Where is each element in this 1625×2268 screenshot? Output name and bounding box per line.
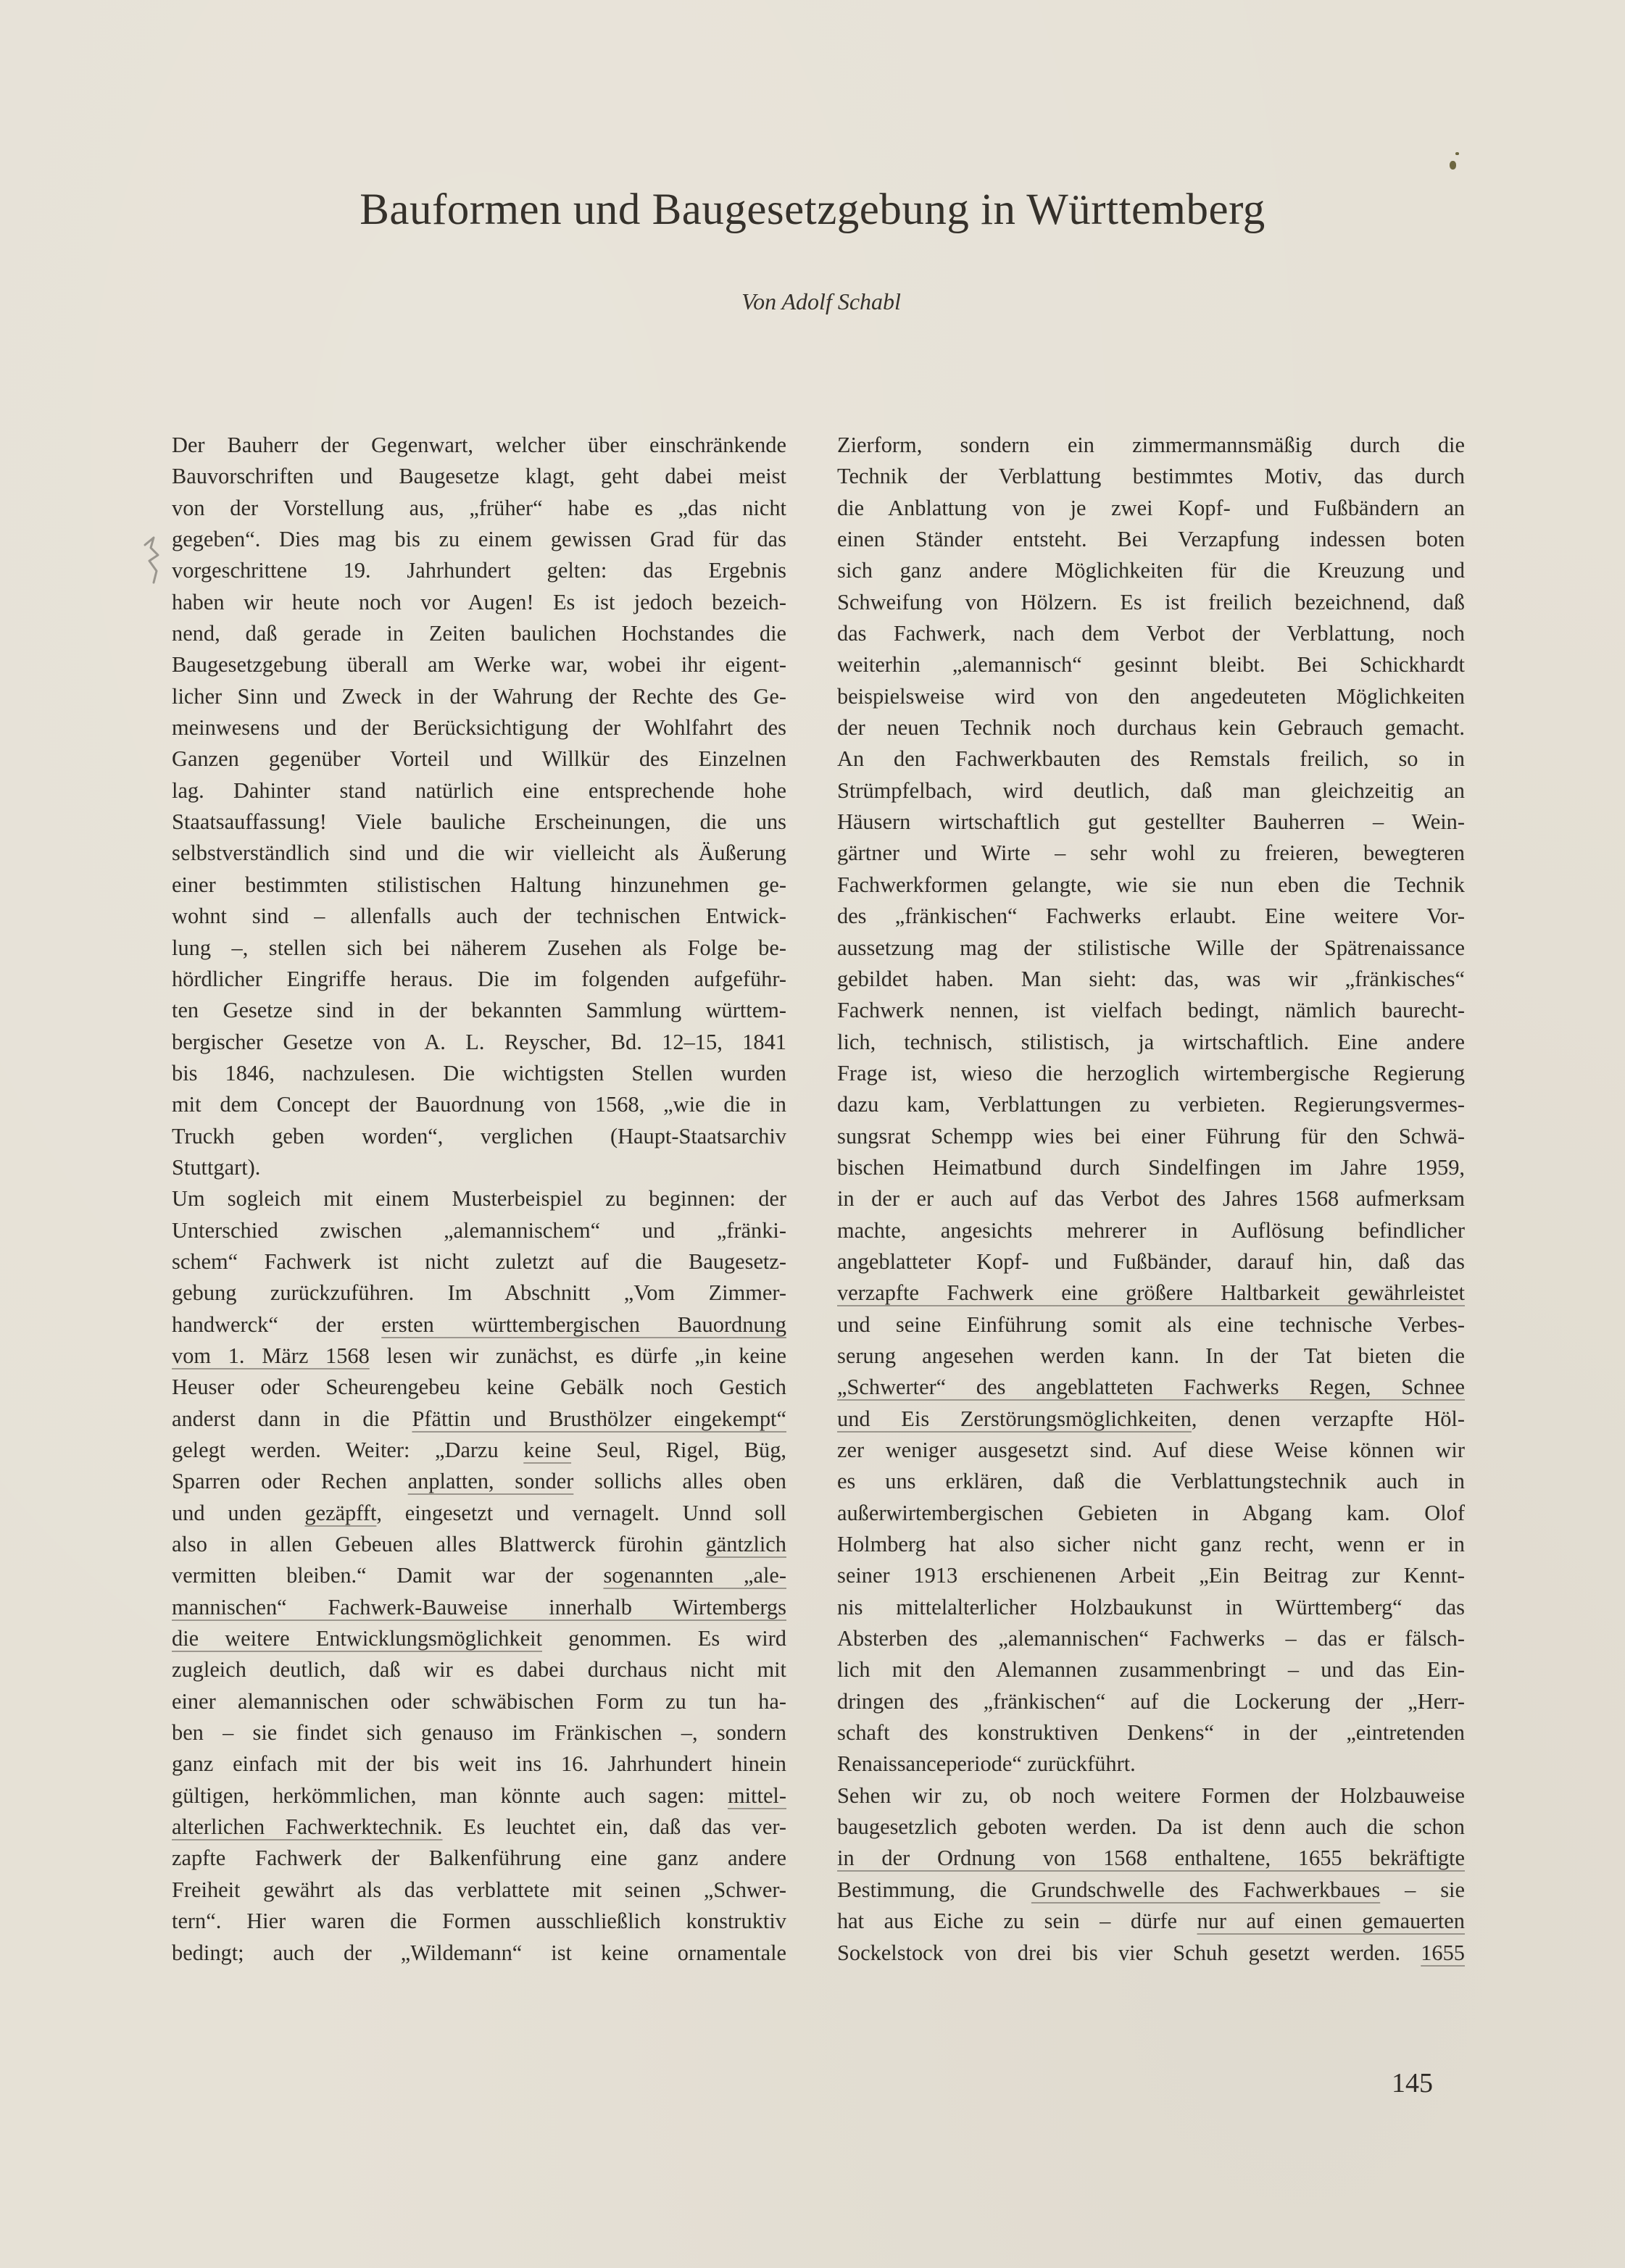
text-line: Staatsauffassung! Viele bauliche Erschei… [172,806,786,838]
page-number: 145 [1392,2067,1433,2099]
text-line: alterlichen Fachwerktechnik. Es leuchtet… [172,1812,786,1843]
text-line: meinwesens und der Berücksichtigung der … [172,712,786,743]
pencil-underline: „Schwerter“ des angeblatteten Fachwerks … [837,1375,1465,1399]
text-column-left: Der Bauherr der Gegenwart, welcher über … [172,430,786,1969]
text-line: machte, angesichts mehrerer in Auflösung… [837,1215,1465,1246]
pencil-underline: Pfättin und Brusthölzer eingekempt“ [412,1406,786,1431]
text-line: und unden gezäpfft, eingesetzt und verna… [172,1498,786,1529]
text-line: Holmberg hat also sicher nicht ganz rech… [837,1529,1465,1560]
text-line: des „fränkischen“ Fachwerks erlaubt. Ein… [837,901,1465,932]
text-line: Bestimmung, die Grundschwelle des Fachwe… [837,1875,1465,1906]
pencil-underline: die weitere Entwicklungsmöglichkeit [172,1626,542,1651]
text-line: ten Gesetze sind in der bekannten Sammlu… [172,995,786,1026]
text-line: bedingt; auch der „Wildemann“ ist keine … [172,1938,786,1969]
pencil-underline: mittel- [728,1783,786,1808]
text-line: der neuen Technik noch durchaus kein Geb… [837,712,1465,743]
text-line: schaft des konstruktiven Denkens“ in der… [837,1717,1465,1748]
text-line: es uns erklären, daß die Verblattungstec… [837,1466,1465,1497]
text-line: aussetzung mag der stilistische Wille de… [837,933,1465,964]
text-line: Fachwerk nennen, ist vielfach bedingt, n… [837,995,1465,1026]
text-line: lich, technisch, stilistisch, ja wirtsch… [837,1027,1465,1058]
text-line: gültigen, herkömmlichen, man könnte auch… [172,1780,786,1812]
text-line: An den Fachwerkbauten des Remstals freil… [837,743,1465,775]
text-line: dringen des „fränkischen“ auf die Locker… [837,1686,1465,1717]
pencil-underline: verzapfte Fachwerk eine größere Haltbark… [837,1280,1465,1305]
text-line: ben – sie findet sich genauso im Fränkis… [172,1717,786,1748]
text-line: zugleich deutlich, daß wir es dabei durc… [172,1654,786,1685]
text-line: Baugesetzgebung überall am Werke war, wo… [172,649,786,680]
text-line: „Schwerter“ des angeblatteten Fachwerks … [837,1372,1465,1403]
text-line: beispielsweise wird von den angedeuteten… [837,681,1465,712]
text-line: Stuttgart). [172,1152,786,1183]
text-line: Sparren oder Rechen anplatten, sonder so… [172,1466,786,1497]
text-line: Strümpfelbach, wird deutlich, daß man gl… [837,775,1465,806]
text-line: Ganzen gegenüber Vorteil und Willkür des… [172,743,786,775]
text-line: hördlicher Eingriffe heraus. Die im folg… [172,964,786,995]
text-line: die weitere Entwicklungsmöglichkeit geno… [172,1623,786,1654]
text-line: hat aus Eiche zu sein – dürfe nur auf ei… [837,1906,1465,1937]
text-line: Heuser oder Scheurengebeu keine Gebälk n… [172,1372,786,1403]
text-line: und seine Einführung somit als eine tech… [837,1309,1465,1341]
text-line: sich ganz andere Möglichkeiten für die K… [837,555,1465,586]
pencil-underline: gäntzlich [706,1532,786,1556]
text-line: selbstverständlich sind und die wir viel… [172,838,786,869]
text-line: seiner 1913 erschienenen Arbeit „Ein Bei… [837,1560,1465,1591]
text-line: vom 1. März 1568 lesen wir zunächst, es … [172,1341,786,1372]
text-line: Technik der Verblattung bestimmtes Motiv… [837,461,1465,492]
text-line: weiterhin „alemannisch“ gesinnt bleibt. … [837,649,1465,680]
text-line: dazu kam, Verblattungen zu verbieten. Re… [837,1089,1465,1120]
text-line: verzapfte Fachwerk eine größere Haltbark… [837,1277,1465,1309]
text-line: in der er auch auf das Verbot des Jahres… [837,1183,1465,1214]
text-line: Unterschied zwischen „alemannischem“ und… [172,1215,786,1246]
pencil-underline: ersten württembergischen Bauordnung [381,1312,786,1337]
text-line: zapfte Fachwerk der Balkenführung eine g… [172,1843,786,1874]
pencil-underline: anplatten, sonder [408,1469,574,1493]
text-line: wohnt sind – allenfalls auch der technis… [172,901,786,932]
text-line: gegeben“. Dies mag bis zu einem gewissen… [172,524,786,555]
text-line: also in allen Gebeuen alles Blattwerck f… [172,1529,786,1560]
text-line: Der Bauherr der Gegenwart, welcher über … [172,430,786,461]
text-line: Sehen wir zu, ob noch weitere Formen der… [837,1780,1465,1812]
pencil-underline: 1655 [1421,1940,1465,1965]
ink-spot [1455,152,1459,155]
text-line: Renaissanceperiode“ zurückführt. [837,1748,1465,1780]
text-line: gärtner und Wirte – sehr wohl zu freiere… [837,838,1465,869]
text-line: das Fachwerk, nach dem Verbot der Verbla… [837,618,1465,649]
text-line: Freiheit gewährt als das verblattete mit… [172,1875,786,1906]
text-line: lag. Dahinter stand natürlich eine entsp… [172,775,786,806]
text-line: Absterben des „alemannischen“ Fachwerks … [837,1623,1465,1654]
text-line: einer bestimmten stilistischen Haltung h… [172,870,786,901]
pencil-underline: und Eis Zerstörungsmöglichkeiten [837,1406,1192,1431]
pencil-underline: gezäpfft [304,1501,376,1525]
text-line: und Eis Zerstörungsmöglichkeiten, denen … [837,1404,1465,1435]
text-line: die Anblattung von je zwei Kopf- und Fuß… [837,493,1465,524]
text-line: in der Ordnung von 1568 enthaltene, 1655… [837,1843,1465,1874]
text-line: bergischer Gesetze von A. L. Reyscher, B… [172,1027,786,1058]
text-line: mit dem Concept der Bauordnung von 1568,… [172,1089,786,1120]
text-line: bischen Heimatbund durch Sindelfingen im… [837,1152,1465,1183]
text-line: serung angesehen werden kann. In der Tat… [837,1341,1465,1372]
text-line: Häusern wirtschaftlich gut gestellter Ba… [837,806,1465,838]
text-line: Um sogleich mit einem Musterbeispiel zu … [172,1183,786,1214]
article-title: Bauformen und Baugesetzgebung in Württem… [0,185,1625,235]
text-line: Frage ist, wieso die herzoglich wirtembe… [837,1058,1465,1089]
text-line: angeblatteter Kopf- und Fußbänder, darau… [837,1246,1465,1277]
text-line: tern“. Hier waren die Formen ausschließl… [172,1906,786,1937]
pencil-underline: in der Ordnung von 1568 enthaltene, 1655… [837,1846,1465,1870]
text-line: licher Sinn und Zweck in der Wahrung der… [172,681,786,712]
text-line: Truckh geben worden“, verglichen (Haupt-… [172,1121,786,1152]
text-line: mannischen“ Fachwerk-Bauweise innerhalb … [172,1592,786,1623]
text-line: lich mit den Alemannen zusammenbringt – … [837,1654,1465,1685]
text-line: Fachwerkformen gelangte, wie sie nun ebe… [837,870,1465,901]
text-line: bis 1846, nachzulesen. Die wichtigsten S… [172,1058,786,1089]
text-line: vorgeschrittene 19. Jahrhundert gelten: … [172,555,786,586]
text-line: schem“ Fachwerk ist nicht zuletzt auf di… [172,1246,786,1277]
text-line: Bauvorschriften und Baugesetze klagt, ge… [172,461,786,492]
text-line: baugesetzlich geboten werden. Da ist den… [837,1812,1465,1843]
pencil-underline: keine [523,1438,571,1462]
article-byline: Von Adolf Schabl [0,288,1625,315]
text-line: nis mittelalterlicher Holzbaukunst in Wü… [837,1592,1465,1623]
text-line: gebildet haben. Man sieht: das, was wir … [837,964,1465,995]
text-line: vermitten bleiben.“ Damit war der sogena… [172,1560,786,1591]
pencil-underline: sogenannten „ale- [603,1563,786,1588]
text-line: gebung zurückzuführen. Im Abschnitt „Vom… [172,1277,786,1309]
text-line: sungsrat Schempp wies bei einer Führung … [837,1121,1465,1152]
text-line: einer alemannischen oder schwäbischen Fo… [172,1686,786,1717]
pencil-underline: alterlichen Fachwerktechnik. [172,1814,443,1839]
text-line: anderst dann in die Pfättin und Brusthöl… [172,1404,786,1435]
text-line: Zierform, sondern ein zimmermannsmäßig d… [837,430,1465,461]
text-line: außerwirtembergischen Gebieten in Abgang… [837,1498,1465,1529]
text-line: Sockelstock von drei bis vier Schuh gese… [837,1938,1465,1969]
pencil-underline: Grundschwelle des Fachwerkbaues [1031,1877,1380,1902]
text-line: ganz einfach mit der bis weit ins 16. Ja… [172,1748,786,1780]
ink-spot [1450,161,1456,170]
text-column-right: Zierform, sondern ein zimmermannsmäßig d… [837,430,1465,1969]
text-line: Schweifung von Hölzern. Es ist freilich … [837,587,1465,618]
pencil-underline: nur auf einen gemauerten [1197,1909,1465,1933]
text-line: von der Vorstellung aus, „früher“ habe e… [172,493,786,524]
text-line: zer weniger ausgesetzt sind. Auf diese W… [837,1435,1465,1466]
text-line: lung –, stellen sich bei näherem Zusehen… [172,933,786,964]
text-line: handwerck“ der ersten württembergischen … [172,1309,786,1341]
pencil-underline: mannischen“ Fachwerk-Bauweise innerhalb … [172,1595,786,1619]
text-line: gelegt werden. Weiter: „Darzu keine Seul… [172,1435,786,1466]
text-line: haben wir heute noch vor Augen! Es ist j… [172,587,786,618]
text-line: einen Ständer entsteht. Bei Verzapfung i… [837,524,1465,555]
text-line: nend, daß gerade in Zeiten baulichen Hoc… [172,618,786,649]
pencil-margin-mark-icon [142,535,164,585]
pencil-underline: vom 1. März 1568 [172,1343,370,1368]
